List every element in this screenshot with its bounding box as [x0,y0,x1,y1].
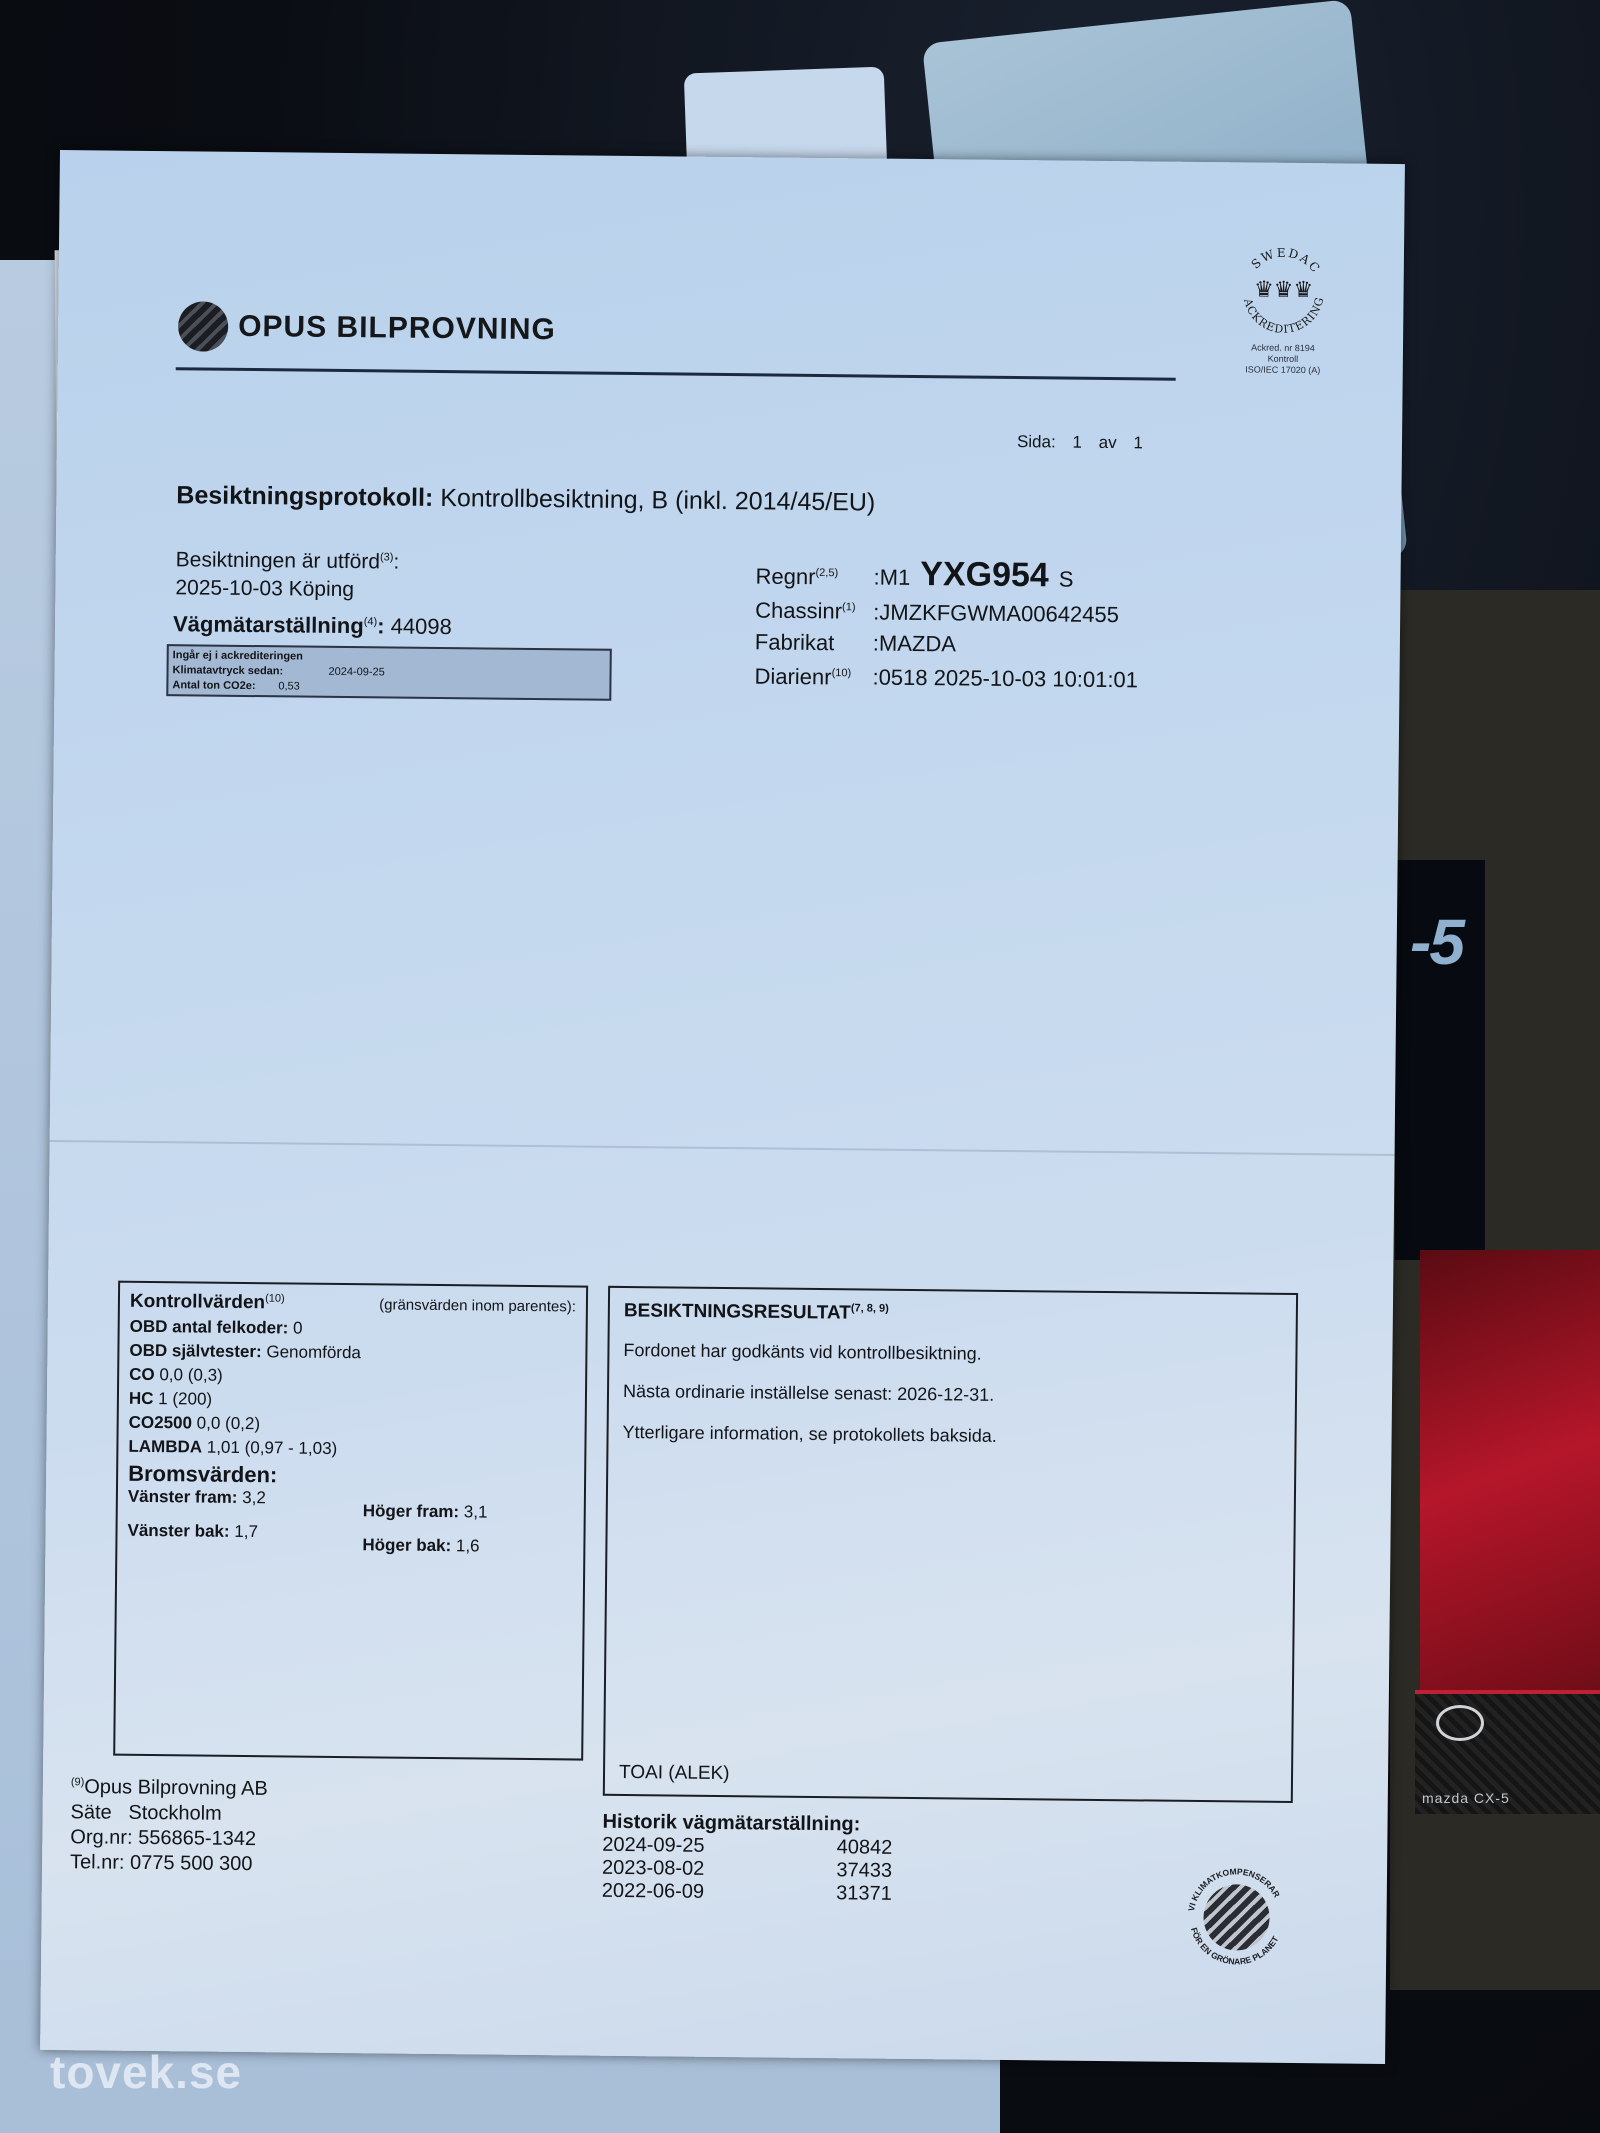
climate-since-label: Klimatavtryck sedan: [172,664,283,677]
org-label: Org.nr: [70,1826,132,1849]
result-approved: Fordonet har godkänts vid kontrollbesikt… [623,1340,1281,1368]
history-row: 2022-06-0931371 [602,1880,892,1906]
brake-values: Vänster fram: 3,2 Höger fram: 3,1 Vänste… [127,1487,574,1558]
vehicle-category: M1 [880,562,911,593]
swedac-accreditation: SWEDAC ACKREDITERING ♛♛♛ Ackred. nr 8194… [1223,242,1344,376]
footnote-ref: (9) [71,1776,85,1788]
footnote-ref: (4) [364,616,378,628]
inspection-performed: Besiktningen är utförd(3): 2025-10-03 Kö… [175,541,399,604]
chassis-row: Chassinr(1) :JMZKFGWMA00642455 [755,592,1139,630]
climate-footprint-box: Ingår ej i ackrediteringen Klimatavtryck… [166,644,612,701]
seat-label: Säte [70,1801,111,1823]
page-number: Sida: 1 av 1 [1017,432,1155,453]
watermark: tovek.se [50,2045,242,2099]
org-number: 556865-1342 [138,1827,256,1850]
accreditation-line: ISO/IEC 17020 (A) [1223,364,1343,376]
mazda-logo-icon [1436,1705,1484,1741]
footnote-ref: (3) [380,551,394,563]
obd-codes-value: 0 [293,1319,303,1338]
odometer-value: 44098 [391,613,452,639]
result-next-inspection: Nästa ordinarie inställelse senast: 2026… [623,1381,1281,1409]
globe-icon [178,301,229,352]
tel-number: 0775 500 300 [130,1851,253,1874]
make-label: Fabrikat [755,626,873,658]
result-title: BESIKTNINGSRESULTAT [624,1300,851,1323]
obd-selftest-label: OBD självtester: [129,1341,261,1361]
chassis-number: JMZKFGWMA00642455 [879,596,1119,630]
control-values-title: Kontrollvärden [130,1291,265,1313]
registration-number: YXG954 [920,559,1049,591]
history-row: 2023-08-0237433 [602,1857,892,1883]
measurement-hc: HC 1 (200) [129,1389,575,1414]
brochure-model-text: -5 [1410,905,1463,979]
company-info: (9)Opus Bilprovning AB Säte Stockholm Or… [70,1770,268,1877]
vehicle-make: MAZDA [879,627,956,659]
inspection-result-box: BESIKTNINGSRESULTAT(7, 8, 9) Fordonet ha… [603,1286,1298,1803]
vehicle-info: Regnr(2,5) :M1 YXG954 S Chassinr(1) :JMZ… [754,557,1139,695]
brake-left-rear: Vänster bak: 1,7 [127,1521,362,1555]
tel-label: Tel.nr: [70,1851,125,1874]
obd-codes-label: OBD antal felkoder: [130,1317,289,1338]
history-title: Historik vägmätarställning: [602,1811,892,1837]
diary-number: 0518 2025-10-03 10:01:01 [878,662,1138,696]
footnote-ref: (10) [832,667,852,679]
climate-compensation-badge: VI KLIMATKOMPENSERAR FÖR EN GRÖNARE PLAN… [1181,1862,1292,1973]
odometer-label: Vägmätarställning [173,611,364,638]
chassis-label: Chassinr [755,598,842,624]
inspector-id: TOAI (ALEK) [619,1762,730,1785]
footnote-ref: (1) [842,602,856,614]
climate-since-value: 2024-09-25 [328,665,384,681]
obd-selftest-value: Genomförda [266,1342,361,1362]
odometer-history: Historik vägmätarställning: 2024-09-2540… [602,1811,893,1906]
title-value: Kontrollbesiktning, B (inkl. 2014/45/EU) [440,484,875,517]
page-label: Sida: [1017,432,1056,451]
seat-value: Stockholm [128,1801,222,1824]
company-name: Opus Bilprovning AB [84,1776,268,1800]
control-values-box: Kontrollvärden(10) (gränsvärden inom par… [113,1281,588,1761]
make-row: Fabrikat :MAZDA [755,626,1139,661]
diary-label: Diarienr [754,663,831,689]
globe-icon [1203,1884,1270,1951]
measurement-co: CO 0,0 (0,3) [129,1365,575,1390]
measurement-lambda: LAMBDA 1,01 (0,97 - 1,03) [128,1437,574,1462]
page-total: 1 [1133,433,1143,452]
brake-right-rear: Höger bak: 1,6 [362,1535,573,1557]
page-of-label: av [1099,433,1117,452]
footnote-ref: (10) [265,1293,285,1305]
footnote-ref: (7, 8, 9) [851,1302,889,1314]
protocol-title: Besiktningsprotokoll: Kontrollbesiktning… [176,481,875,517]
odometer-reading: Vägmätarställning(4): 44098 [173,611,452,640]
brake-right-front: Höger fram: 3,1 [363,1501,574,1523]
regnr-row: Regnr(2,5) :M1 YXG954 S [755,557,1139,595]
co2-label: Antal ton CO2e: [172,679,255,692]
brake-left-front: Vänster fram: 3,2 [128,1487,363,1521]
inspection-protocol: OPUS BILPROVNING SWEDAC ACKREDITERING ♛♛… [40,150,1405,2064]
history-row: 2024-09-2540842 [602,1834,892,1860]
climate-note: Ingår ej i ackrediteringen [173,649,303,662]
diary-row: Diarienr(10) :0518 2025-10-03 10:01:01 [754,657,1138,695]
measurement-co2500: CO2500 0,0 (0,2) [129,1413,575,1438]
performed-label: Besiktningen är utförd [176,548,381,573]
title-label: Besiktningsprotokoll: [176,481,433,512]
swedac-seal-icon: SWEDAC ACKREDITERING ♛♛♛ [1233,242,1334,343]
performed-value: 2025-10-03 Köping [175,574,399,604]
co2-value: 0,53 [278,679,300,694]
regnr-suffix: S [1059,564,1074,595]
svg-text:SWEDAC: SWEDAC [1248,245,1323,276]
logo-text: OPUS BILPROVNING [238,310,556,347]
opus-logo: OPUS BILPROVNING [178,301,556,355]
result-more-info: Ytterligare information, se protokollets… [622,1422,1280,1450]
page-current: 1 [1072,433,1082,452]
three-crowns-icon: ♛♛♛ [1233,276,1333,303]
paper-fold [50,1140,1395,1156]
header-rule [176,367,1176,380]
brochure-brand-text: mazda CX-5 [1422,1790,1510,1806]
regnr-label: Regnr [755,564,815,590]
footnote-ref: (2,5) [815,567,838,579]
seal-top-text: SWEDAC [1248,245,1323,276]
limits-note: (gränsvärden inom parentes): [379,1296,576,1315]
